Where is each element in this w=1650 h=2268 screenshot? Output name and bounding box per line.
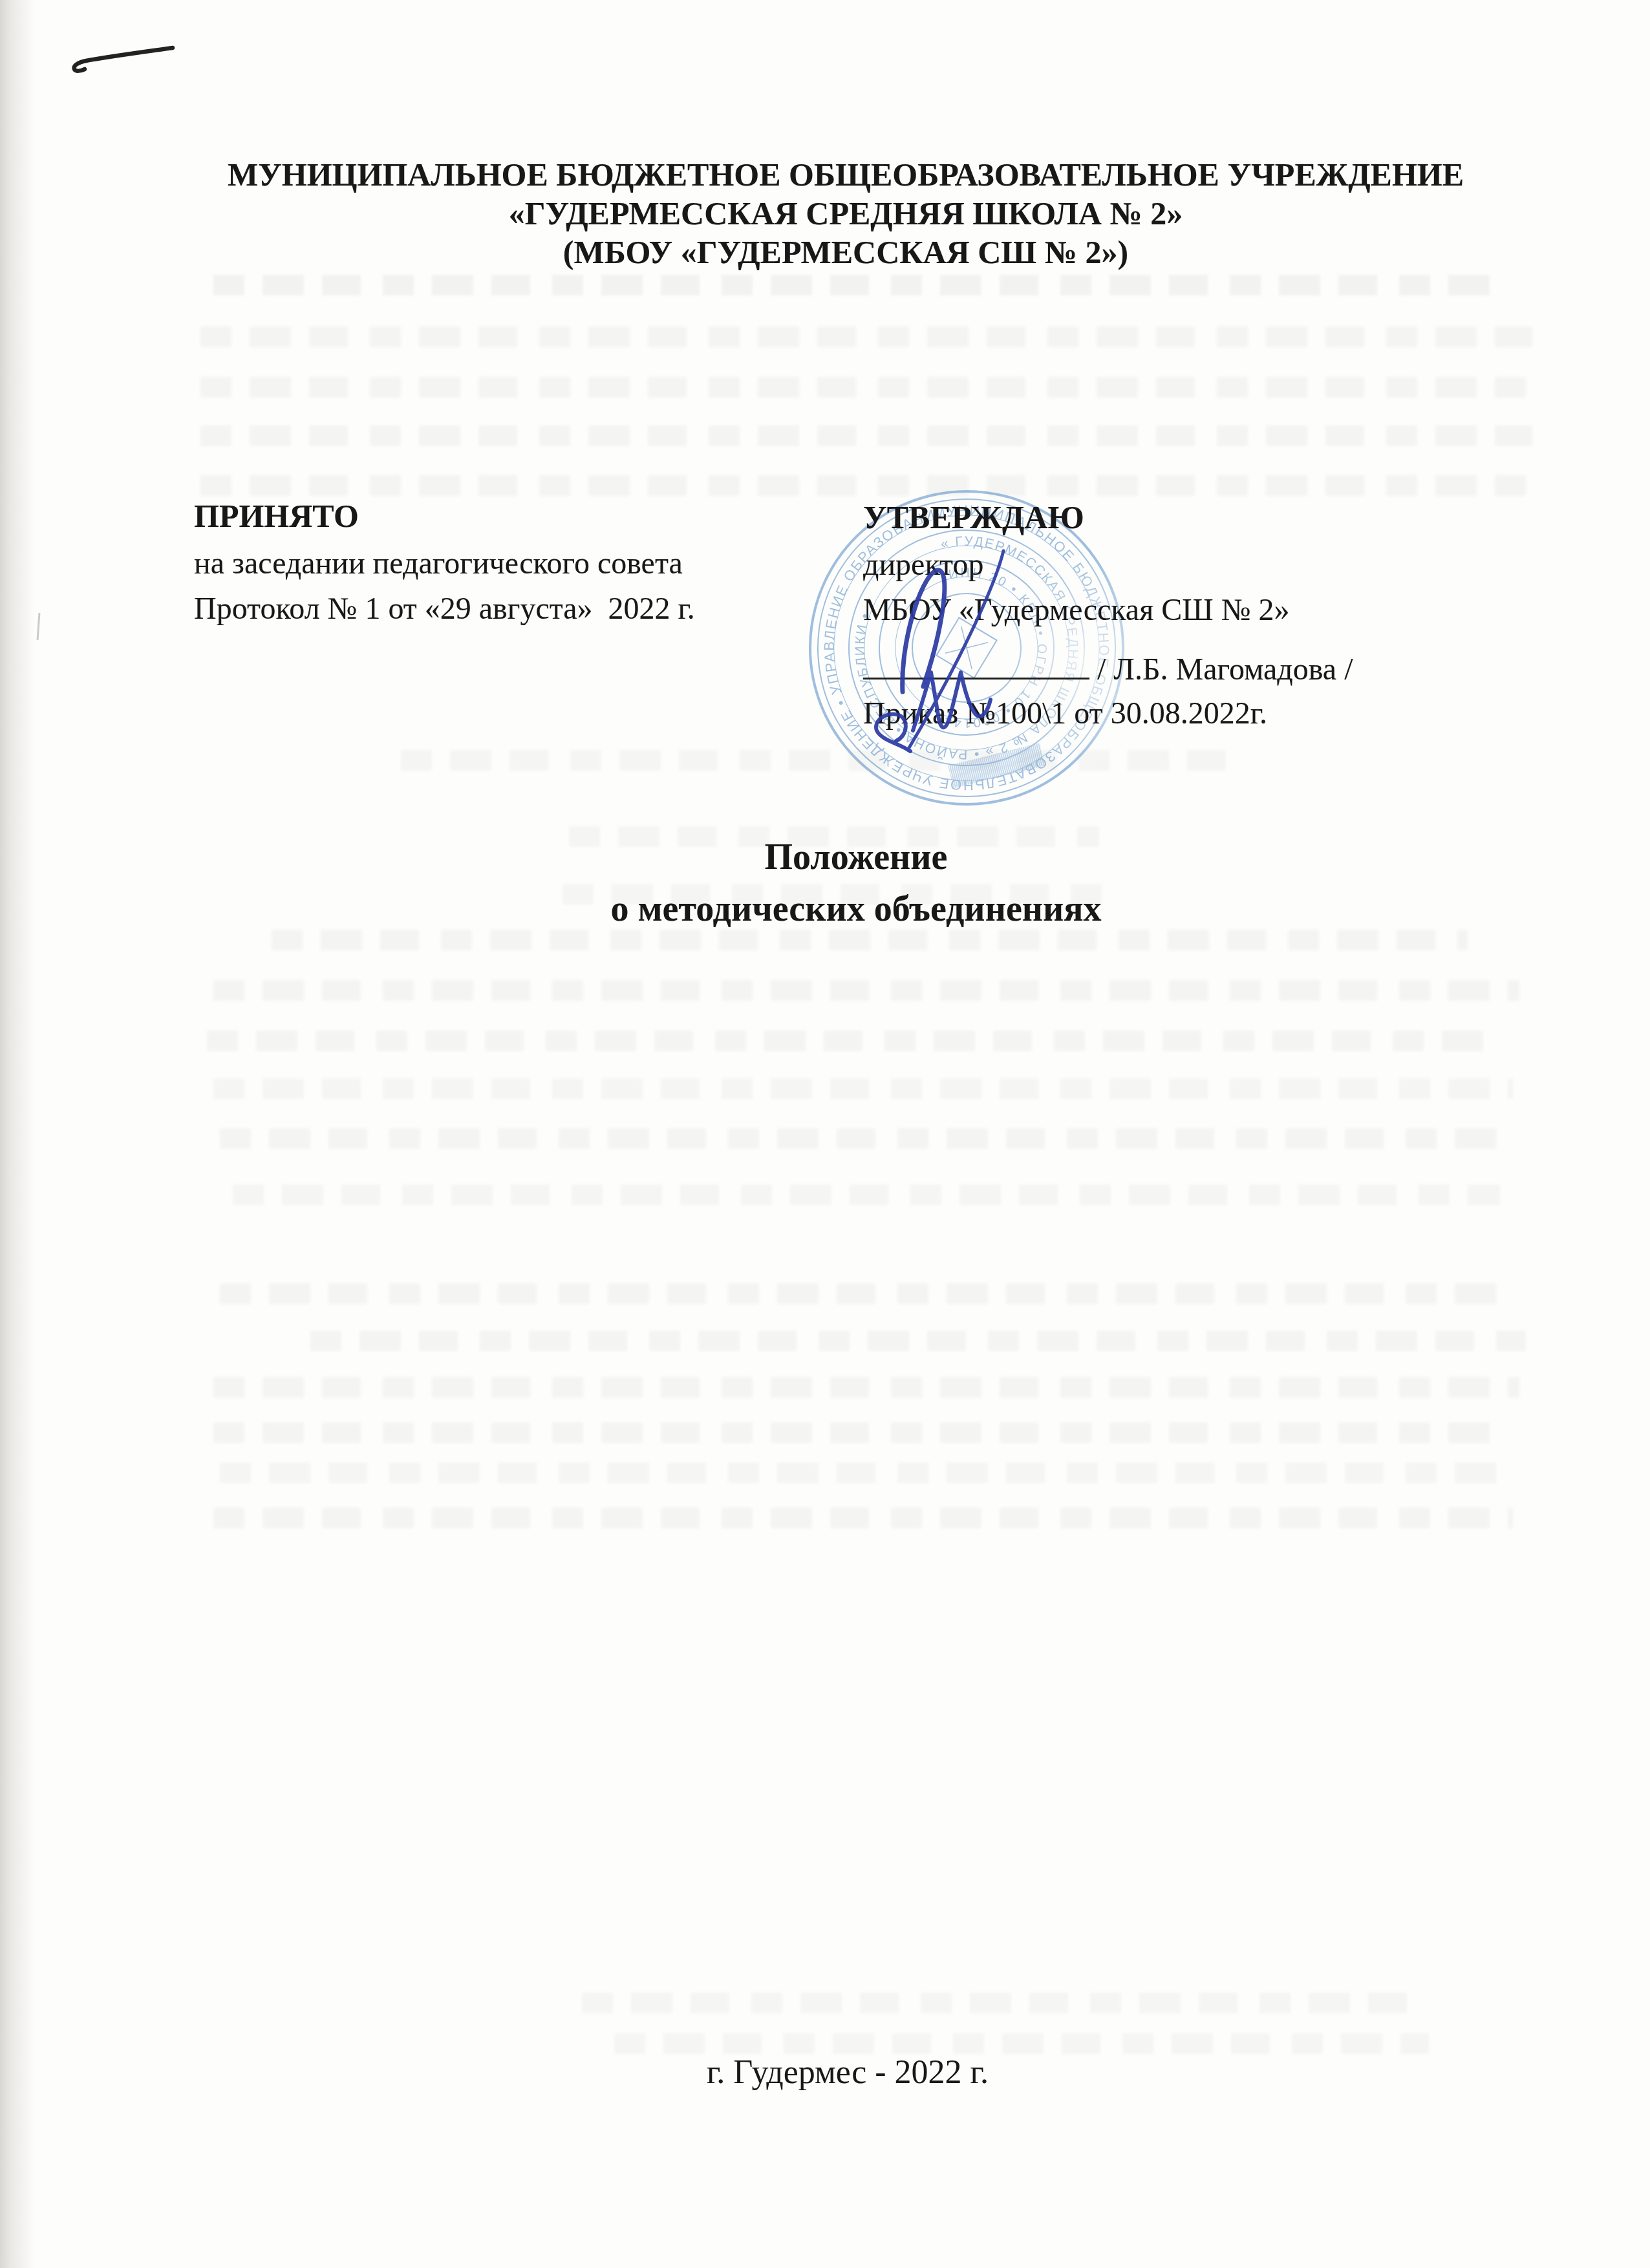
bleedthrough-artifact [213, 1377, 1519, 1398]
institution-header: МУНИЦИПАЛЬНОЕ БЮДЖЕТНОЕ ОБЩЕОБРАЗОВАТЕЛЬ… [0, 155, 1650, 272]
document-title-line1: Положение [62, 831, 1650, 883]
bleedthrough-artifact [213, 1078, 1513, 1099]
bleedthrough-artifact [213, 1508, 1513, 1528]
director-signature [828, 517, 1099, 789]
bleedthrough-artifact [582, 1993, 1416, 2013]
signatory-name: / Л.Б. Магомадова / [1097, 652, 1353, 687]
bleedthrough-artifact [220, 1283, 1506, 1304]
accepted-block: ПРИНЯТО на заседании педагогического сов… [194, 498, 828, 627]
scanned-document-page: МУНИЦИПАЛЬНОЕ БЮДЖЕТНОЕ ОБЩЕОБРАЗОВАТЕЛЬ… [0, 0, 1650, 2268]
bleedthrough-artifact [213, 1422, 1506, 1443]
bleedthrough-artifact [213, 275, 1500, 295]
institution-name-line1: МУНИЦИПАЛЬНОЕ БЮДЖЕТНОЕ ОБЩЕОБРАЗОВАТЕЛЬ… [41, 155, 1650, 194]
bleedthrough-artifact [213, 980, 1519, 1001]
footer-location-year: г. Гудермес - 2022 г. [0, 2053, 1650, 2091]
bleedthrough-artifact [220, 1462, 1506, 1483]
bleedthrough-artifact [200, 326, 1532, 347]
scan-edge-shadow [0, 0, 35, 2268]
document-title: Положение о методических объединениях [0, 831, 1650, 935]
accepted-line2: Протокол № 1 от «29 августа» 2022 г. [194, 591, 828, 627]
bleedthrough-artifact [614, 2033, 1429, 2054]
pen-mark [61, 37, 178, 76]
document-title-line2: о методических объединениях [62, 883, 1650, 935]
scan-speck [37, 613, 41, 640]
institution-name-line3: (МБОУ «ГУДЕРМЕССКАЯ СШ № 2») [41, 233, 1650, 272]
bleedthrough-artifact [200, 377, 1526, 398]
bleedthrough-artifact [220, 1128, 1506, 1149]
accepted-heading: ПРИНЯТО [194, 498, 828, 534]
accepted-line1: на заседании педагогического совета [194, 546, 828, 582]
bleedthrough-artifact [233, 1184, 1500, 1205]
institution-name-line2: «ГУДЕРМЕССКАЯ СРЕДНЯЯ ШКОЛА № 2» [41, 194, 1650, 233]
bleedthrough-artifact [200, 425, 1532, 446]
bleedthrough-artifact [310, 1331, 1526, 1351]
bleedthrough-artifact [207, 1031, 1500, 1051]
